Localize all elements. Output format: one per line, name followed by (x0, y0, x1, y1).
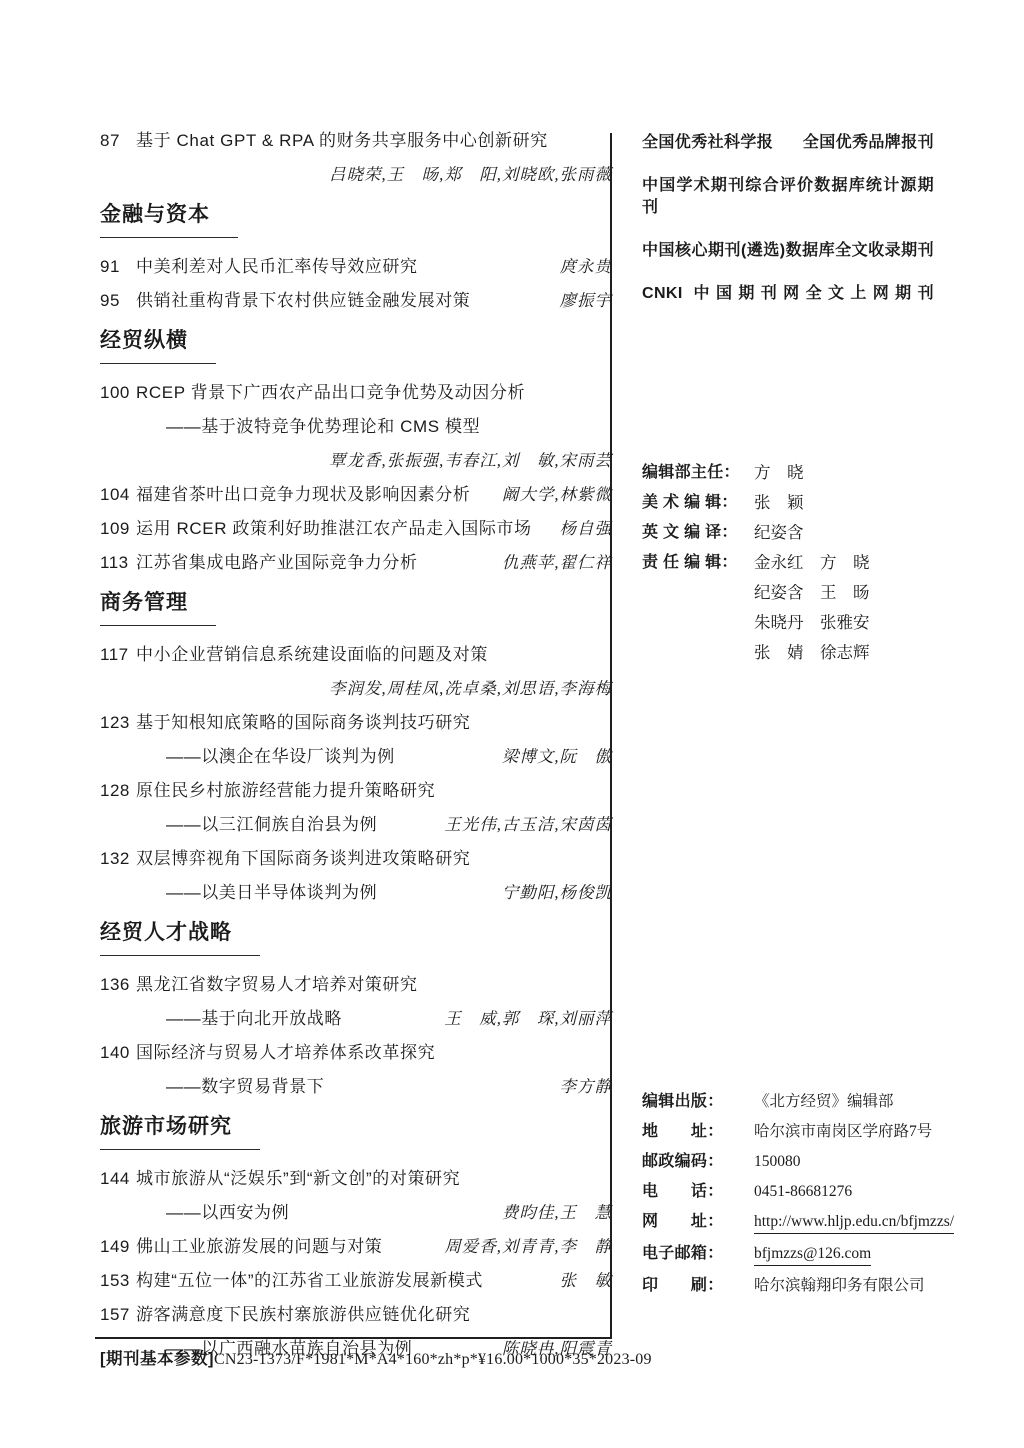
page-number: 140 (100, 1042, 136, 1064)
editorial-person-name: 金永红 方 晓 (754, 552, 870, 573)
journal-parameters-label: [期刊基本参数] (100, 1350, 214, 1368)
article-authors: 吕晓荣,王 旸,郑 阳,刘晓欧,张雨薇 (317, 164, 612, 186)
article-title: 中美利差对人民币汇率传导效应研究 (136, 256, 418, 278)
section-title: 金融与资本 (100, 198, 238, 238)
toc-entry-title-line: 153构建“五位一体”的江苏省工业旅游发展新模式张 敏 (100, 1270, 612, 1292)
honor-line: 中国学术期刊综合评价数据库统计源期刊 (642, 175, 934, 219)
article-title: 中小企业营销信息系统建设面临的问题及对策 (136, 644, 488, 666)
article-title: RCEP 背景下广西农产品出口竞争优势及动因分析 (136, 382, 525, 404)
publication-field-value: 150080 (754, 1152, 801, 1172)
toc-entry-title-line: 157游客满意度下民族村寨旅游供应链优化研究 (100, 1304, 612, 1326)
article-subtitle: ——以西安为例 (166, 1202, 289, 1224)
toc-entry-subtitle-line: ——以三江侗族自治县为例王光伟,古玉洁,宋茵茵 (100, 814, 612, 836)
article-subtitle: ——数字贸易背景下 (166, 1076, 324, 1098)
editorial-person-name: 朱晓丹 张雅安 (754, 612, 870, 633)
toc-entry-subtitle-line: ——以美日半导体谈判为例宁勤阳,杨俊凯 (100, 882, 612, 904)
duty-editor-names: 金永红 方 晓纪姿含 王 旸朱晓丹 张雅安张 婧 徐志辉 (754, 552, 870, 672)
article-authors: 覃龙香,张振强,韦春江,刘 敏,宋雨芸 (317, 450, 612, 472)
column-divider-line (610, 133, 612, 1337)
toc-entry-title-line: 87基于 Chat GPT & RPA 的财务共享服务中心创新研究 (100, 130, 612, 152)
publication-field-label: 地 址： (642, 1122, 754, 1142)
page-number: 132 (100, 848, 136, 870)
toc-entry-title-line: 104福建省茶叶出口竞争力现状及影响因素分析阚大学,林紫微 (100, 484, 612, 506)
section-header: 金融与资本 (100, 198, 612, 238)
page-number: 113 (100, 552, 136, 574)
section-title: 商务管理 (100, 586, 216, 626)
toc-entry-title-line: 140国际经济与贸易人才培养体系改革探究 (100, 1042, 612, 1064)
publication-field-value: 0451-86681276 (754, 1182, 852, 1202)
honors-block: 全国优秀社科学报 全国优秀品牌报刊 中国学术期刊综合评价数据库统计源期刊中国核心… (642, 132, 934, 326)
article-authors: 王光伟,古玉洁,宋茵茵 (432, 814, 612, 836)
publication-field-value: 哈尔滨翰翔印务有限公司 (754, 1276, 925, 1296)
article-authors: 仇燕苹,翟仁祥 (490, 552, 612, 574)
toc-entry-title-line: 91中美利差对人民币汇率传导效应研究庹永贵 (100, 256, 612, 278)
editorial-person-name: 张 婧 徐志辉 (754, 642, 870, 663)
article-title: 游客满意度下民族村寨旅游供应链优化研究 (136, 1304, 470, 1326)
publication-row: 编辑出版：《北方经贸》编辑部 (642, 1092, 934, 1112)
publication-field-label: 编辑出版： (642, 1092, 754, 1112)
honor-text: 全国优秀品牌报刊 (803, 132, 934, 154)
article-subtitle: ——以三江侗族自治县为例 (166, 814, 377, 836)
toc-entry-title-line: 132双层博弈视角下国际商务谈判进攻策略研究 (100, 848, 612, 870)
toc-column: 87基于 Chat GPT & RPA 的财务共享服务中心创新研究吕晓荣,王 旸… (100, 130, 612, 1372)
editorial-person-name: 纪姿含 王 旸 (754, 582, 870, 603)
page-number: 87 (100, 130, 136, 152)
toc-entry-subtitle-line: ——基于波特竞争优势理论和 CMS 模型 (100, 416, 612, 438)
publication-field-label: 电 话： (642, 1182, 754, 1202)
article-title: 供销社重构背景下农村供应链金融发展对策 (136, 290, 470, 312)
toc-entry-authors-line: 覃龙香,张振强,韦春江,刘 敏,宋雨芸 (100, 450, 612, 472)
publication-field-value: 哈尔滨市南岗区学府路7号 (754, 1122, 932, 1142)
toc-entry-subtitle-line: ——基于向北开放战略王 威,郭 琛,刘丽萍 (100, 1008, 612, 1030)
article-authors: 梁博文,阮 傲 (490, 746, 612, 768)
toc-entry-authors-line: 吕晓荣,王 旸,郑 阳,刘晓欧,张雨薇 (100, 164, 612, 186)
publication-field-label: 印 刷： (642, 1276, 754, 1296)
toc-entry-title-line: 113江苏省集成电路产业国际竞争力分析仇燕苹,翟仁祥 (100, 552, 612, 574)
publication-row: 地 址：哈尔滨市南岗区学府路7号 (642, 1122, 934, 1142)
page-number: 123 (100, 712, 136, 734)
editorial-row: 英 文 编 译：纪姿含 (642, 522, 934, 543)
article-authors: 李润发,周桂凤,冼卓桑,刘思语,李海梅 (317, 678, 612, 700)
article-title: 佛山工业旅游发展的问题与对策 (136, 1236, 382, 1258)
article-authors: 周爱香,刘青青,李 静 (432, 1236, 612, 1258)
article-title: 黑龙江省数字贸易人才培养对策研究 (136, 974, 418, 996)
publication-row: 电子邮箱：bfjmzzs@126.com (642, 1244, 934, 1266)
editorial-row: 美 术 编 辑：张 颖 (642, 492, 934, 513)
page-number: 144 (100, 1168, 136, 1190)
article-title: 基于知根知底策略的国际商务谈判技巧研究 (136, 712, 470, 734)
honor-line: 中国核心期刊(遴选)数据库全文收录期刊 (642, 240, 934, 262)
footer-rule-line (95, 1337, 612, 1339)
journal-toc-page: 87基于 Chat GPT & RPA 的财务共享服务中心创新研究吕晓荣,王 旸… (0, 0, 1024, 1448)
toc-entry-title-line: 117中小企业营销信息系统建设面临的问题及对策 (100, 644, 612, 666)
article-subtitle: ——基于波特竞争优势理论和 CMS 模型 (166, 416, 480, 438)
toc-entry-subtitle-line: ——以西安为例费昀佳,王 慧 (100, 1202, 612, 1224)
publication-info-block: 编辑出版：《北方经贸》编辑部地 址：哈尔滨市南岗区学府路7号邮政编码：15008… (642, 1092, 934, 1306)
section-header: 经贸人才战略 (100, 916, 612, 956)
toc-entry-title-line: 95供销社重构背景下农村供应链金融发展对策廖振宇 (100, 290, 612, 312)
publication-field-label: 网 址： (642, 1212, 754, 1232)
article-title: 原住民乡村旅游经营能力提升策略研究 (136, 780, 435, 802)
page-number: 117 (100, 644, 136, 666)
article-authors: 宁勤阳,杨俊凯 (490, 882, 612, 904)
article-title: 江苏省集成电路产业国际竞争力分析 (136, 552, 418, 574)
article-authors: 李方静 (548, 1076, 613, 1098)
toc-entry-title-line: 123基于知根知底策略的国际商务谈判技巧研究 (100, 712, 612, 734)
article-title: 城市旅游从“泛娱乐”到“新文创”的对策研究 (136, 1168, 460, 1190)
publication-field-label: 电子邮箱： (642, 1244, 754, 1264)
journal-email-link[interactable]: bfjmzzs@126.com (754, 1244, 871, 1266)
article-subtitle: ——以澳企在华设厂谈判为例 (166, 746, 395, 768)
article-authors: 费昀佳,王 慧 (490, 1202, 612, 1224)
toc-entry-title-line: 136黑龙江省数字贸易人才培养对策研究 (100, 974, 612, 996)
editorial-role-label: 美 术 编 辑： (642, 492, 754, 513)
toc-entry-subtitle-line: ——以澳企在华设厂谈判为例梁博文,阮 傲 (100, 746, 612, 768)
article-authors: 杨自强 (548, 518, 613, 540)
toc-entry-title-line: 100RCEP 背景下广西农产品出口竞争优势及动因分析 (100, 382, 612, 404)
honor-text: 全国优秀社科学报 (642, 132, 773, 154)
editorial-staff-block: 编辑部主任：方 晓美 术 编 辑：张 颖英 文 编 译：纪姿含责 任 编 辑：金… (642, 462, 934, 681)
section-title: 经贸人才战略 (100, 916, 260, 956)
honor-line: CNKI 中国期刊网全文上网期刊 (642, 283, 934, 305)
article-title: 福建省茶叶出口竞争力现状及影响因素分析 (136, 484, 470, 506)
section-header: 旅游市场研究 (100, 1110, 612, 1150)
editorial-duty-row: 责 任 编 辑：金永红 方 晓纪姿含 王 旸朱晓丹 张雅安张 婧 徐志辉 (642, 552, 934, 672)
article-title: 基于 Chat GPT & RPA 的财务共享服务中心创新研究 (136, 130, 548, 152)
article-authors: 阚大学,林紫微 (490, 484, 612, 506)
editorial-row: 编辑部主任：方 晓 (642, 462, 934, 483)
article-authors: 王 威,郭 琛,刘丽萍 (432, 1008, 612, 1030)
page-number: 128 (100, 780, 136, 802)
article-title: 构建“五位一体”的江苏省工业旅游发展新模式 (136, 1270, 483, 1292)
article-authors: 张 敏 (548, 1270, 613, 1292)
article-subtitle: ——以美日半导体谈判为例 (166, 882, 377, 904)
page-number: 91 (100, 256, 136, 278)
page-number: 136 (100, 974, 136, 996)
page-number: 100 (100, 382, 136, 404)
editorial-person-name: 纪姿含 (754, 522, 804, 543)
article-title: 运用 RCER 政策利好助推湛江农产品走入国际市场 (136, 518, 532, 540)
section-header: 商务管理 (100, 586, 612, 626)
publication-field-label: 邮政编码： (642, 1152, 754, 1172)
toc-entry-title-line: 109运用 RCER 政策利好助推湛江农产品走入国际市场杨自强 (100, 518, 612, 540)
page-number: 149 (100, 1236, 136, 1258)
page-number: 95 (100, 290, 136, 312)
section-title: 经贸纵横 (100, 324, 216, 364)
publication-field-value: 《北方经贸》编辑部 (754, 1092, 894, 1112)
toc-entry-subtitle-line: ——数字贸易背景下李方静 (100, 1076, 612, 1098)
journal-parameters-line: [期刊基本参数]CN23-1373/F*1981*M*A4*160*zh*p*¥… (100, 1348, 620, 1371)
page-number: 109 (100, 518, 136, 540)
toc-entry-title-line: 149佛山工业旅游发展的问题与对策周爱香,刘青青,李 静 (100, 1236, 612, 1258)
section-header: 经贸纵横 (100, 324, 612, 364)
publication-row: 邮政编码：150080 (642, 1152, 934, 1172)
page-number: 157 (100, 1304, 136, 1326)
editorial-role-label: 责 任 编 辑： (642, 552, 754, 672)
editorial-person-name: 方 晓 (754, 462, 804, 483)
article-title: 国际经济与贸易人才培养体系改革探究 (136, 1042, 435, 1064)
journal-parameters-value: CN23-1373/F*1981*M*A4*160*zh*p*¥16.00*10… (214, 1351, 652, 1368)
toc-entry-title-line: 128原住民乡村旅游经营能力提升策略研究 (100, 780, 612, 802)
article-title: 双层博弈视角下国际商务谈判进攻策略研究 (136, 848, 470, 870)
editorial-person-name: 张 颖 (754, 492, 804, 513)
section-title: 旅游市场研究 (100, 1110, 260, 1150)
journal-url-link[interactable]: http://www.hljp.edu.cn/bfjmzzs/ (754, 1212, 954, 1234)
page-number: 104 (100, 484, 136, 506)
page-number: 153 (100, 1270, 136, 1292)
honor-line: 全国优秀社科学报 全国优秀品牌报刊 (642, 132, 934, 154)
publication-row: 印 刷：哈尔滨翰翔印务有限公司 (642, 1276, 934, 1296)
article-subtitle: ——基于向北开放战略 (166, 1008, 342, 1030)
article-authors: 庹永贵 (548, 256, 613, 278)
article-authors: 廖振宇 (548, 290, 613, 312)
publication-row: 网 址：http://www.hljp.edu.cn/bfjmzzs/ (642, 1212, 934, 1234)
toc-entry-title-line: 144城市旅游从“泛娱乐”到“新文创”的对策研究 (100, 1168, 612, 1190)
publication-row: 电 话：0451-86681276 (642, 1182, 934, 1202)
toc-entry-authors-line: 李润发,周桂凤,冼卓桑,刘思语,李海梅 (100, 678, 612, 700)
editorial-role-label: 英 文 编 译： (642, 522, 754, 543)
editorial-role-label: 编辑部主任： (642, 462, 754, 483)
